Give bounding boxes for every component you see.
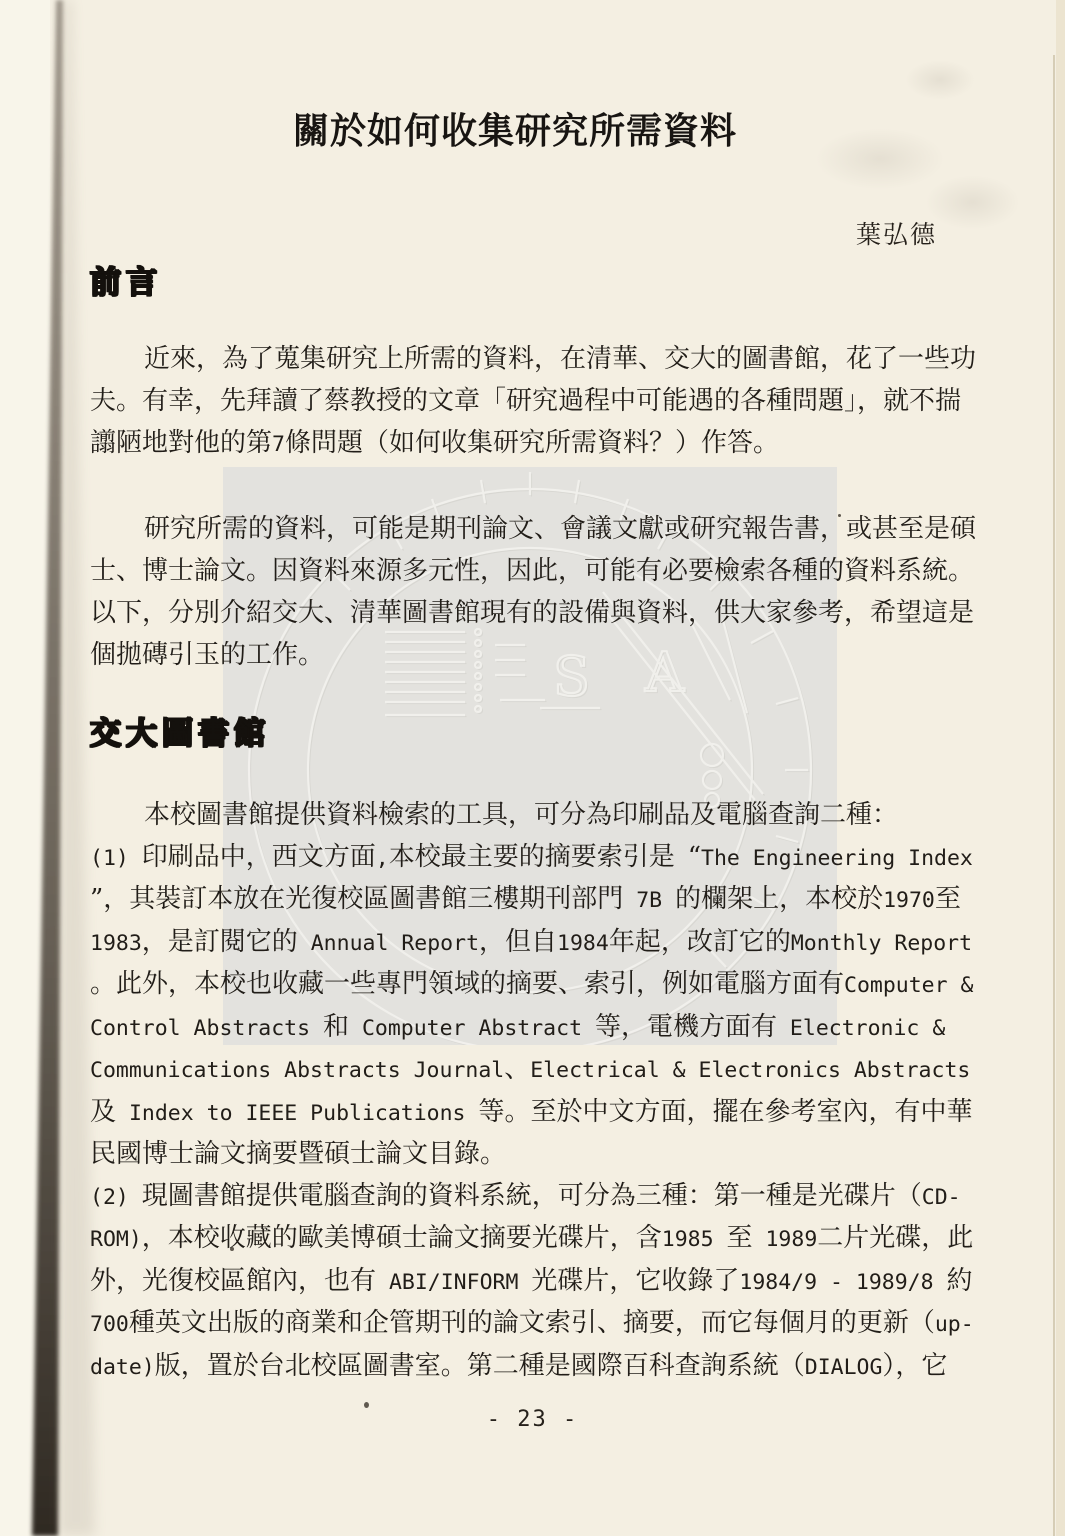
latin-text-run: date) xyxy=(90,1355,155,1380)
latin-text-run: Computer & xyxy=(844,973,973,998)
text-line: (1) 印刷品中，西文方面,本校最主要的摘要索引是 “The Engineeri… xyxy=(90,837,990,880)
bleedthrough-smudge xyxy=(905,60,975,100)
latin-text-run: Computer Abstract xyxy=(349,1016,595,1041)
section-body-nctu-library: 本校圖書館提供資料檢索的工具，可分為印刷品及電腦查詢二種：(1) 印刷品中，西文… xyxy=(90,795,990,1388)
text-line: 外，光復校區館內，也有 ABI/INFORM 光碟片，它收錄了1984/9 - … xyxy=(90,1261,990,1304)
latin-text-run: Annual Report xyxy=(298,931,479,956)
latin-text-run: 1984 xyxy=(557,931,609,956)
latin-text-run: ABI/INFORM xyxy=(376,1270,531,1295)
text-line: 以下，分別介紹交大、清華圖書館現有的設備與資料，供大家參考，希望這是 xyxy=(90,592,990,634)
page-right-edge xyxy=(1056,0,1065,1536)
page-edge-line xyxy=(1053,55,1055,1536)
text-line: 。此外，本校也收藏一些專門領域的摘要、索引，例如電腦方面有Computer & xyxy=(90,964,990,1007)
section-heading-nctu-library: 交大圖書館 xyxy=(90,708,270,753)
text-line: 研究所需的資料，可能是期刊論文、會議文獻或研究報告書，或甚至是碩 xyxy=(90,508,990,550)
latin-text-run: 700 xyxy=(90,1312,129,1337)
latin-text-run: CD- xyxy=(922,1185,961,1210)
text-line: ROM)，本校收藏的歐美博碩士論文摘要光碟片，含1985 至 1989二片光碟，… xyxy=(90,1218,990,1261)
latin-text-run: 1970 xyxy=(883,888,935,913)
latin-text-run: 7 xyxy=(272,432,285,457)
section-body-foreword: 近來，為了蒐集研究上所需的資料，在清華、交大的圖書館，花了一些功夫。有幸，先拜讀… xyxy=(90,338,990,676)
latin-text-run: 7B xyxy=(623,888,675,913)
latin-text-run: Control Abstracts xyxy=(90,1016,323,1041)
document-page: S A xyxy=(0,0,1065,1536)
latin-text-run: ROM) xyxy=(90,1227,142,1252)
latin-text-run: Index to IEEE Publications xyxy=(116,1101,478,1126)
latin-text-run: Monthly Report xyxy=(791,931,972,956)
author-name: 葉弘德 xyxy=(856,215,937,251)
latin-text-run: (2) xyxy=(90,1185,142,1210)
text-line: 1983，是訂閱它的 Annual Report，但自1984年起，改訂它的Mo… xyxy=(90,922,990,965)
latin-text-run: 1984/9 - 1989/8 xyxy=(739,1270,946,1295)
latin-text-run: 1983 xyxy=(90,931,142,956)
text-line: (2) 現圖書館提供電腦查詢的資料系統，可分為三種：第一種是光碟片（CD- xyxy=(90,1176,990,1219)
text-line: date)版，置於台北校區圖書室。第二種是國際百科查詢系統（DIALOG），它 xyxy=(90,1346,990,1389)
text-line: Control Abstracts 和 Computer Abstract 等，… xyxy=(90,1007,990,1050)
text-line: Communications Abstracts Journal、Electri… xyxy=(90,1049,990,1092)
text-line: ”，其裝訂本放在光復校區圖書館三樓期刊部門 7B 的欄架上，本校於1970至 xyxy=(90,879,990,922)
page-number: - 23 - xyxy=(0,1407,1065,1432)
latin-text-run xyxy=(675,846,688,871)
latin-text-run: , xyxy=(376,846,389,871)
latin-text-run: DIALOG xyxy=(805,1355,883,1380)
text-line: 譾陋地對他的第7條問題（如何收集研究所需資料？）作答。 xyxy=(90,422,990,466)
bleedthrough-smudge xyxy=(925,175,1020,230)
text-line: 夫。有幸，先拜讀了蔡教授的文章「研究過程中可能遇的各種問題」，就不揣 xyxy=(90,380,990,422)
text-line: 及 Index to IEEE Publications 等。至於中文方面，擺在… xyxy=(90,1092,990,1135)
text-line: 本校圖書館提供資料檢索的工具，可分為印刷品及電腦查詢二種： xyxy=(90,795,990,837)
latin-text-run: 1989 xyxy=(753,1227,818,1252)
latin-text-run: Communications Abstracts Journal xyxy=(90,1058,504,1083)
latin-text-run: Electronic & xyxy=(777,1016,945,1041)
text-line: 近來，為了蒐集研究上所需的資料，在清華、交大的圖書館，花了一些功 xyxy=(90,338,990,380)
latin-text-run: (1) xyxy=(90,846,142,871)
latin-text-run: 1985 xyxy=(662,1227,727,1252)
latin-text-run: The Engineering Index xyxy=(701,846,973,871)
text-line: 700種英文出版的商業和企管期刊的論文索引、摘要，而它每個月的更新（up- xyxy=(90,1303,990,1346)
text-line xyxy=(90,466,990,508)
section-heading-foreword: 前言 xyxy=(90,257,162,302)
latin-text-run: up- xyxy=(935,1312,974,1337)
text-line: 個拋磚引玉的工作。 xyxy=(90,634,990,676)
page-title: 關於如何收集研究所需資料 xyxy=(90,103,940,154)
text-line: 民國博士論文摘要暨碩士論文目錄。 xyxy=(90,1134,990,1176)
text-line: 士、博士論文。因資料來源多元性，因此，可能有必要檢索各種的資料系統。 xyxy=(90,550,990,592)
latin-text-run: Electrical & Electronics Abstracts xyxy=(530,1058,970,1083)
